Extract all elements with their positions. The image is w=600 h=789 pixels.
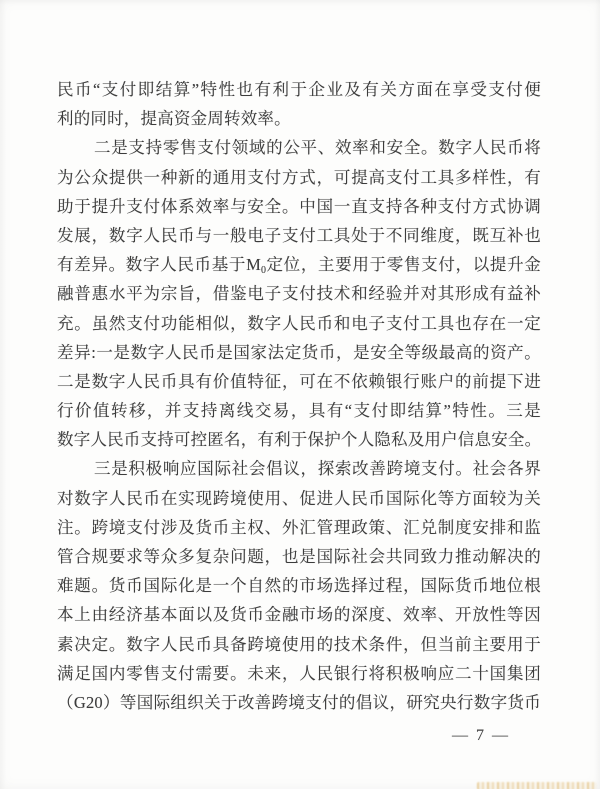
- text-line: 注。跨境支付涉及货币主权、外汇管理政策、汇兑制度安排和监: [57, 513, 541, 542]
- text-segment: 定位，主要用于零售支付，以提升金: [266, 255, 541, 274]
- document-page: 民币“支付即结算”特性也有利于企业及有关方面在享受支付便 利的同时，提高资金周转…: [0, 0, 600, 789]
- text-line: 融普惠水平为宗旨，借鉴电子支付技术和经验并对其形成有益补: [57, 279, 541, 308]
- text-line: 管合规要求等众多复杂问题，也是国际社会共同致力推动解决的: [57, 542, 541, 571]
- text-line: 行价值转移，并支持离线交易，具有“支付即结算”特性。三是: [57, 396, 541, 425]
- text-line: 本上由经济基本面以及货币金融市场的深度、效率、开放性等因: [57, 600, 541, 629]
- text-line: 数字人民币支持可控匿名，有利于保护个人隐私及用户信息安全。: [57, 425, 541, 454]
- text-line: 为公众提供一种新的通用支付方式，可提高支付工具多样性，有: [57, 163, 541, 192]
- text-line-m0: 有差异。数字人民币基于M0定位，主要用于零售支付，以提升金: [57, 250, 541, 279]
- text-line: 二是支持零售支付领域的公平、效率和安全。数字人民币将: [57, 133, 541, 162]
- text-line: （G20）等国际组织关于改善跨境支付的倡议，研究央行数字货币: [57, 688, 541, 717]
- text-line: 民币“支付即结算”特性也有利于企业及有关方面在享受支付便: [57, 75, 541, 104]
- text-line: 对数字人民币在实现跨境使用、促进人民币国际化等方面较为关: [57, 484, 541, 513]
- text-line: 三是积极响应国际社会倡议，探索改善跨境支付。社会各界: [57, 454, 541, 483]
- text-line: 差异:一是数字人民币是国家法定货币，是安全等级最高的资产。: [57, 338, 541, 367]
- text-segment: 有差异。数字人民币基于M: [57, 255, 261, 274]
- text-line: 助于提升支付体系效率与安全。中国一直支持各种支付方式协调: [57, 192, 541, 221]
- body-text: 民币“支付即结算”特性也有利于企业及有关方面在享受支付便 利的同时，提高资金周转…: [57, 75, 541, 717]
- text-line: 发展，数字人民币与一般电子支付工具处于不同维度，既互补也: [57, 221, 541, 250]
- text-line: 满足国内零售支付需要。未来，人民银行将积极响应二十国集团: [57, 659, 541, 688]
- text-line: 素决定。数字人民币具备跨境使用的技术条件，但当前主要用于: [57, 630, 541, 659]
- text-line: 二是数字人民币具有价值特征，可在不依赖银行账户的前提下进: [57, 367, 541, 396]
- watermark-strip: [477, 782, 597, 789]
- text-line: 利的同时，提高资金周转效率。: [57, 104, 541, 133]
- text-line: 难题。货币国际化是一个自然的市场选择过程，国际货币地位根: [57, 571, 541, 600]
- page-number: — 7 —: [452, 725, 562, 747]
- text-line: 充。虽然支付功能相似，数字人民币和电子支付工具也存在一定: [57, 309, 541, 338]
